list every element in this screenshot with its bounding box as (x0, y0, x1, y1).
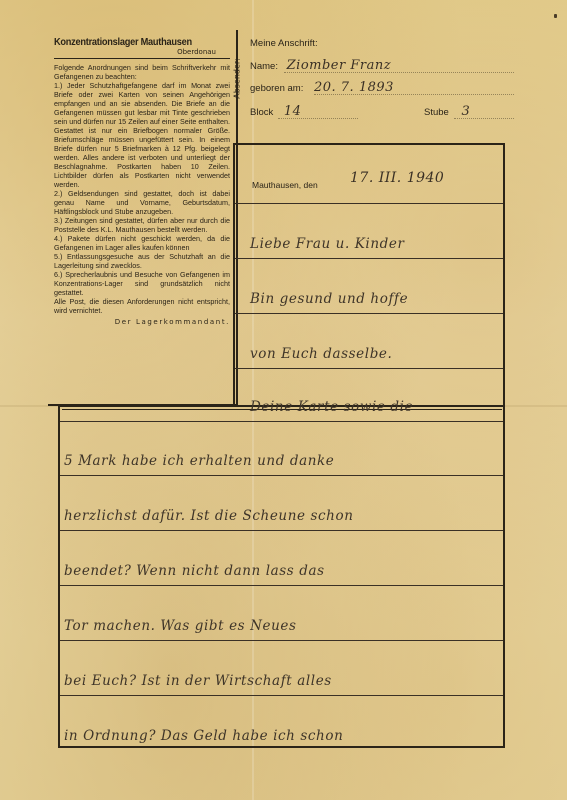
letter-line: bei Euch? Ist in der Wirtschaft alles (64, 673, 332, 689)
block-value: 14 (284, 104, 302, 119)
block-dotted-line (278, 118, 358, 119)
camp-region: Oberdonau (54, 48, 230, 56)
room-dotted-line (454, 118, 514, 119)
room-label: Stube (424, 107, 449, 118)
name-row: Name: Ziomber Franz (250, 58, 391, 73)
letter-line: beendet? Wenn nicht dann lass das (64, 563, 325, 579)
birth-row: geboren am: 20. 7. 1893 (250, 80, 394, 95)
block-row: Block 14 (250, 104, 301, 119)
ruled-line (60, 475, 503, 476)
letter-line: Bin gesund und hoffe (250, 291, 408, 307)
regulation-4: 4.) Pakete dürfen nicht geschickt werden… (54, 234, 230, 252)
letter-line: Tor machen. Was gibt es Neues (64, 618, 297, 634)
ruled-line (235, 313, 503, 314)
letter-line: 5 Mark habe ich erhalten und danke (64, 453, 334, 469)
ruled-line (60, 530, 503, 531)
name-label: Name: (250, 61, 278, 72)
commandant-signature: Der Lagerkommandant. (54, 318, 230, 326)
ruled-line (60, 421, 503, 422)
regulation-closing: Alle Post, die diesen Anforderungen nich… (54, 297, 230, 315)
sender-side-label: Absender: (231, 40, 243, 120)
camp-regulations-notice: Konzentrationslager Mauthausen Oberdonau… (54, 36, 230, 326)
title-divider (54, 58, 230, 59)
address-heading: Meine Anschrift: (250, 38, 318, 49)
block-label: Block (250, 107, 273, 118)
ruled-line (235, 258, 503, 259)
birth-value: 20. 7. 1893 (314, 80, 394, 95)
letter-line: herzlichst dafür. Ist die Scheune schon (64, 508, 354, 524)
regulation-2: 2.) Geldsendungen sind gestattet, doch i… (54, 189, 230, 216)
letter-line: Liebe Frau u. Kinder (250, 236, 405, 252)
camp-title: Konzentrationslager Mauthausen (54, 36, 209, 48)
regulation-6: 6.) Sprecherlaubnis und Besuche von Gefa… (54, 270, 230, 297)
name-value: Ziomber Franz (287, 58, 391, 73)
ruled-line (235, 368, 503, 369)
birth-label: geboren am: (250, 83, 303, 94)
name-dotted-line (284, 72, 514, 73)
regulations-text: Folgende Anordnungen sind beim Schriftve… (54, 63, 230, 315)
letter-line: Deine Karte sowie die (250, 399, 413, 415)
letter-line: von Euch dasselbe. (250, 346, 392, 362)
letter-date: 17. III. 1940 (350, 170, 444, 186)
ruled-line (60, 640, 503, 641)
room-row: Stube 3 (424, 104, 470, 119)
regulation-1: 1.) Jeder Schutzhaftgefangene darf im Mo… (54, 81, 230, 189)
letter-sheet: Konzentrationslager Mauthausen Oberdonau… (0, 0, 567, 800)
room-value: 3 (461, 104, 470, 119)
place-label: Mauthausen, den (252, 180, 318, 190)
ruled-line (60, 585, 503, 586)
ruled-line (235, 203, 503, 204)
regulations-intro: Folgende Anordnungen sind beim Schriftve… (54, 63, 230, 81)
regulation-3: 3.) Zeitungen sind gestattet, dürfen abe… (54, 216, 230, 234)
ink-mark (554, 14, 557, 18)
letter-line: in Ordnung? Das Geld habe ich schon (64, 728, 343, 744)
regulation-5: 5.) Entlassungsgesuche aus der Schutzhaf… (54, 252, 230, 270)
birth-dotted-line (314, 94, 514, 95)
ruled-line (60, 695, 503, 696)
